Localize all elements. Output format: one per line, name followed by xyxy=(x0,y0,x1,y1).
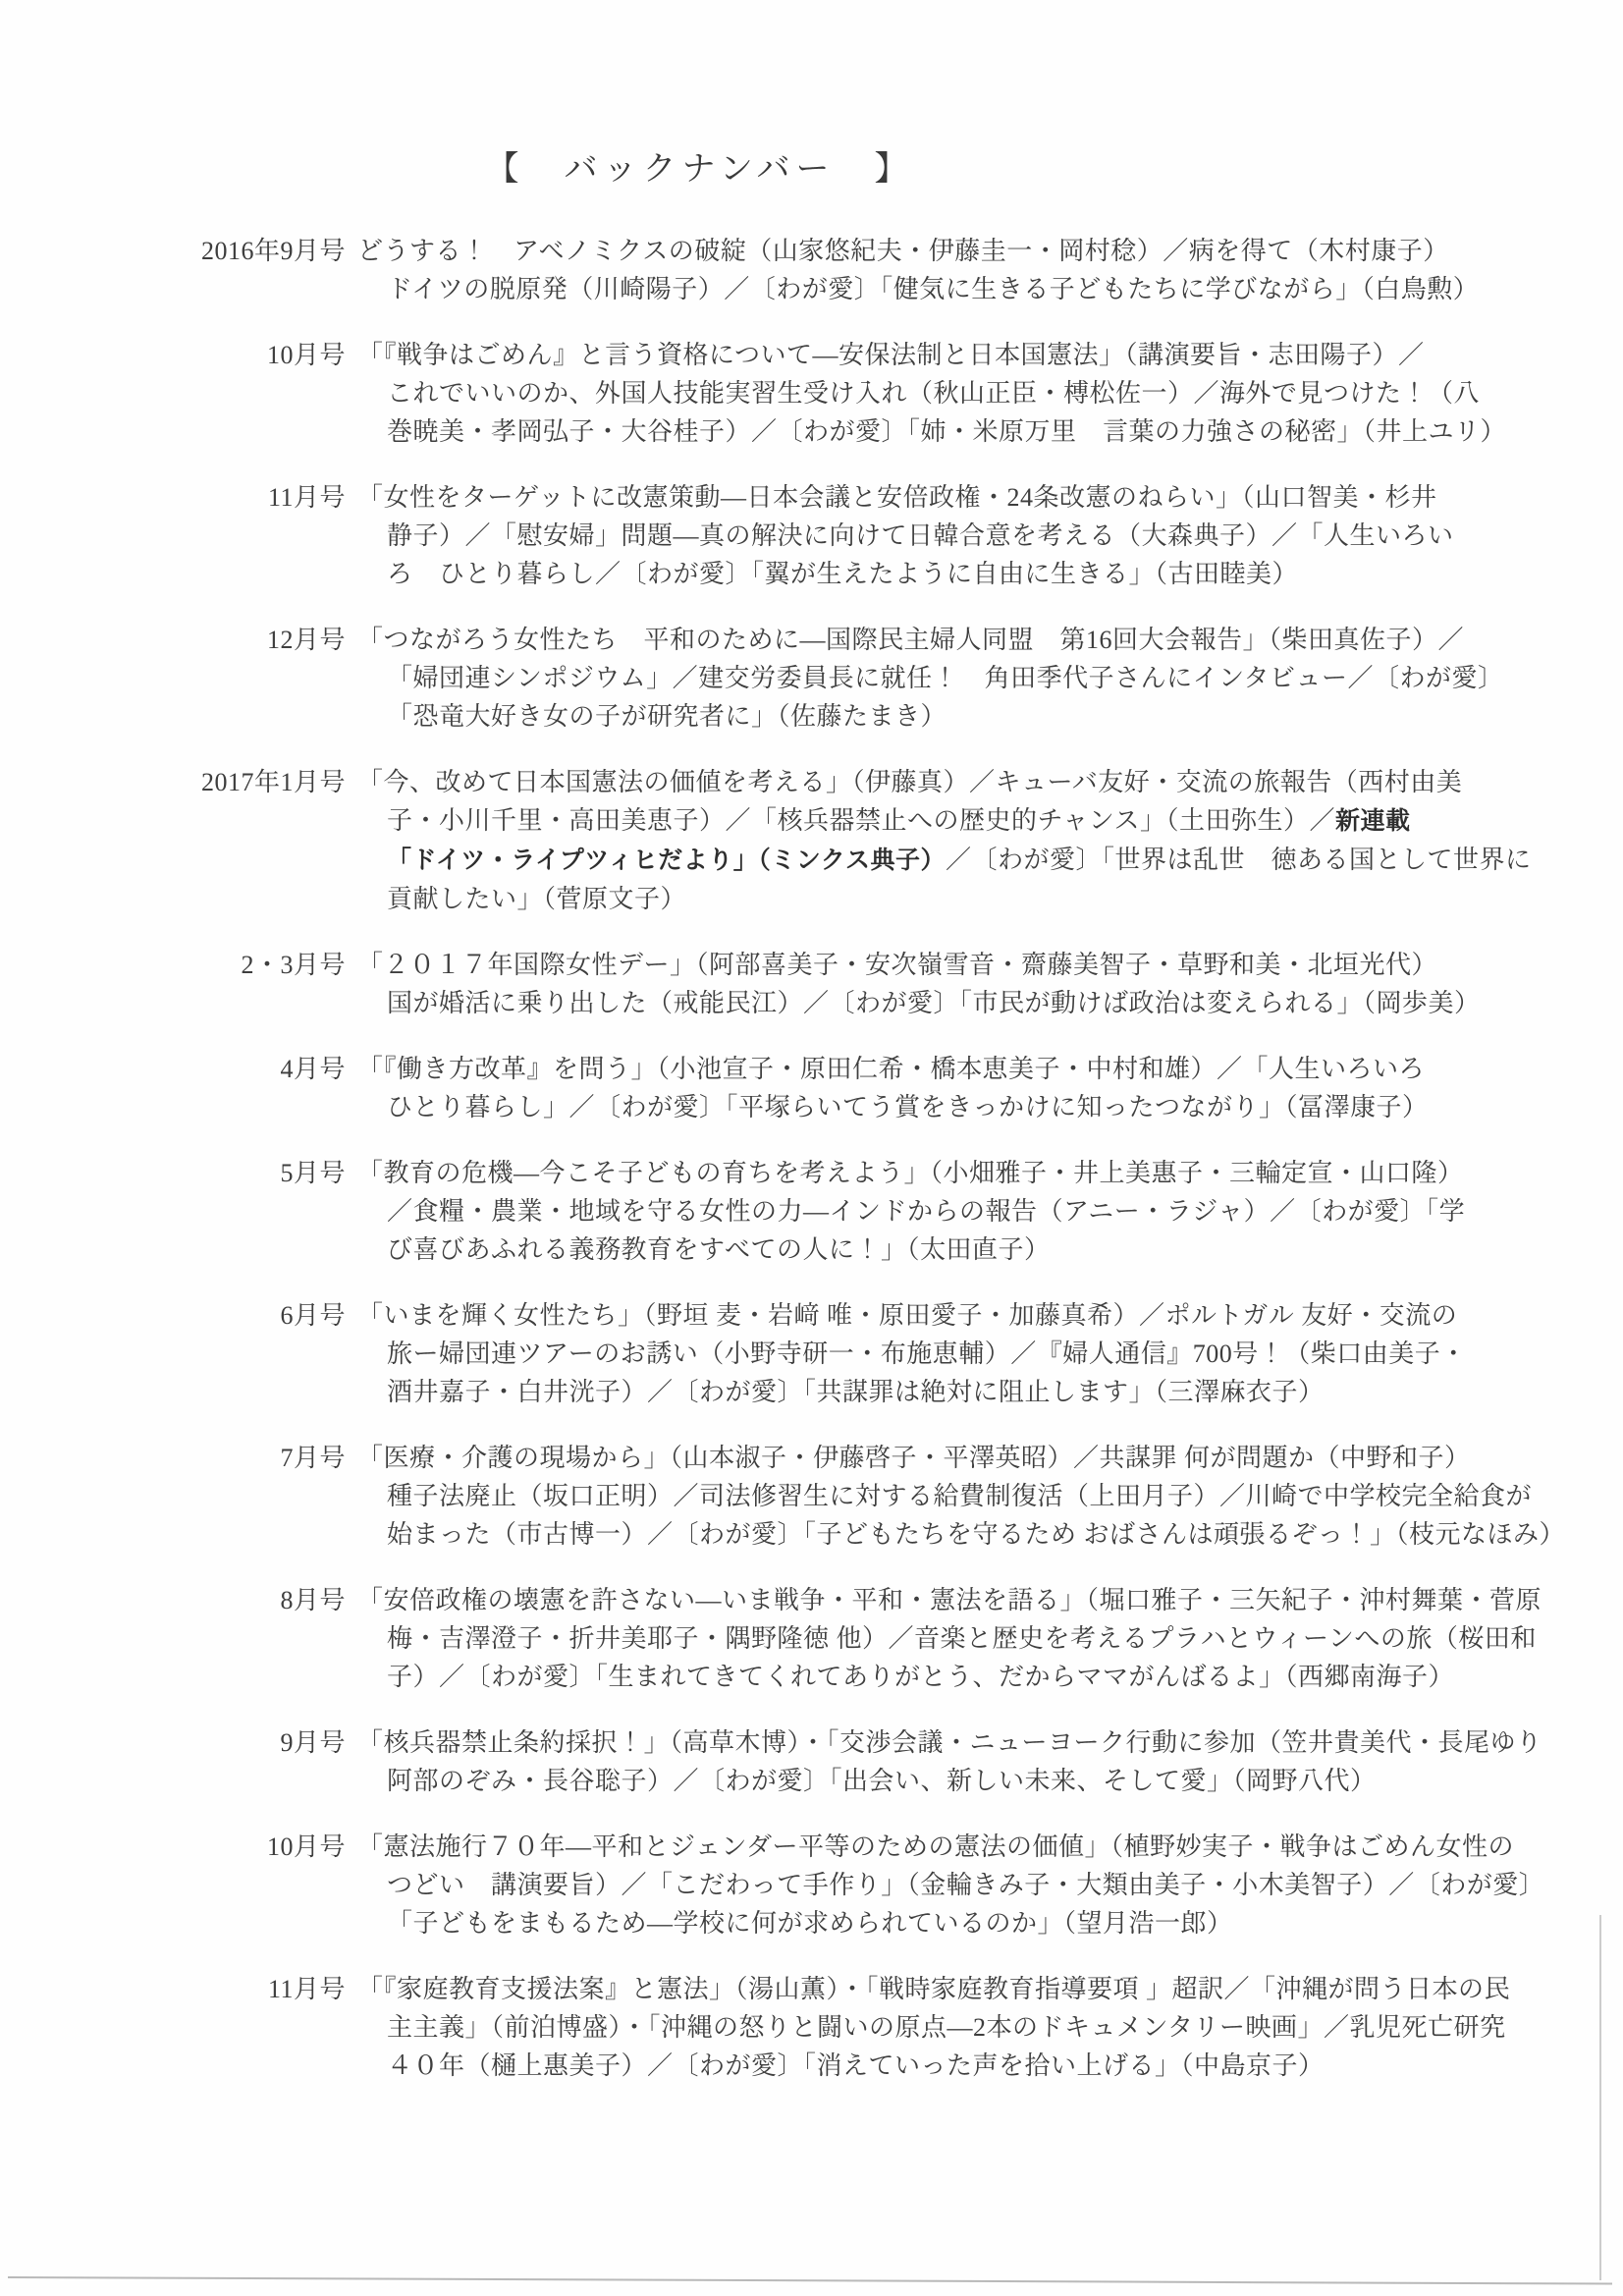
issue-line: 「『戦争はごめん』と言う資格について―安保法制と日本国憲法」（講演要旨・志田陽子… xyxy=(357,336,1506,374)
issue-line: 阿部のぞみ・長谷聡子）／〔わが愛〕「出会い、新しい未来、そして愛」（岡野八代） xyxy=(357,1762,1542,1800)
text-segment: 始まった（市古博一）／〔わが愛〕「子どもたちを守るため おばさんは頑張るぞっ！」… xyxy=(387,1520,1565,1549)
issue-body: 「つながろう女性たち 平和のために―国際民主婦人同盟 第16回大会報告」（柴田真… xyxy=(357,621,1504,736)
text-segment: 梅・吉澤澄子・折井美耶子・隅野隆徳 他）／音楽と歴史を考えるプラハとウィーンへの… xyxy=(387,1624,1537,1653)
text-segment: 「『戦争はごめん』と言う資格について―安保法制と日本国憲法」（講演要旨・志田陽子… xyxy=(357,341,1424,369)
text-segment: ／食糧・農業・地域を守る女性の力―インドからの報告（アニー・ラジャ）／〔わが愛〕… xyxy=(387,1197,1465,1226)
issue-line: 「ドイツ・ライプツィヒだより」（ミンクス典子）／〔わが愛〕「世界は乱世 徳ある国… xyxy=(357,841,1532,880)
issue-line: 子）／〔わが愛〕「生まれてきてくれてありがとう、だからママがんばるよ」（西郷南海… xyxy=(357,1658,1542,1696)
issue-line: どうする！ アベノミクスの破綻（山家悠紀夫・伊藤圭一・岡村稔）／病を得て（木村康… xyxy=(357,232,1479,270)
text-segment: 「恐竜大好き女の子が研究者に」（佐藤たまき） xyxy=(387,702,947,731)
text-segment: 子・小川千里・高田美恵子）／「核兵器禁止への歴史的チャンス」（土田弥生）／ xyxy=(387,806,1335,835)
issue-body: 「今、改めて日本国憲法の価値を考える」（伊藤真）／キューバ友好・交流の旅報告（西… xyxy=(357,763,1532,918)
issue-entry: 11月号「女性をターゲットに改憲策動―日本会議と安倍政権・24条改憲のねらい」（… xyxy=(0,478,1623,593)
text-segment: 「教育の危機―今こそ子どもの育ちを考えよう」（小畑雅子・井上美惠子・三輪定宣・山… xyxy=(357,1159,1464,1187)
bold-text-segment: 「ドイツ・ライプツィヒだより」（ミンクス典子） xyxy=(387,847,946,874)
issue-line: 「医療・介護の現場から」（山本淑子・伊藤啓子・平澤英昭）／共謀罪 何が問題か（中… xyxy=(357,1439,1565,1477)
issue-line: 「教育の危機―今こそ子どもの育ちを考えよう」（小畑雅子・井上美惠子・三輪定宣・山… xyxy=(357,1154,1465,1192)
issue-line: 「２０１７年国際女性デー」（阿部喜美子・安次嶺雪音・齋藤美智子・草野和美・北垣光… xyxy=(357,946,1481,984)
issue-label: 5月号 xyxy=(0,1154,346,1192)
text-segment: 貢献したい」（菅原文子） xyxy=(387,885,686,913)
issue-line: 巻暁美・孝岡弘子・大谷桂子）／〔わが愛〕「姉・米原万里 言葉の力強さの秘密」（井… xyxy=(357,412,1506,451)
issue-entry: 8月号「安倍政権の壊憲を許さない―いま戦争・平和・憲法を語る」（堀口雅子・三矢紀… xyxy=(0,1581,1623,1696)
issue-label: 6月号 xyxy=(0,1296,346,1335)
issue-line: 酒井嘉子・白井洸子）／〔わが愛〕「共謀罪は絶対に阻止します」（三澤麻衣子） xyxy=(357,1373,1467,1411)
issue-entry: 10月号「憲法施行７０年―平和とジェンダー平等のための憲法の価値」（植野妙実子・… xyxy=(0,1828,1623,1942)
issue-label: 7月号 xyxy=(0,1439,346,1477)
issue-entry: 5月号「教育の危機―今こそ子どもの育ちを考えよう」（小畑雅子・井上美惠子・三輪定… xyxy=(0,1154,1623,1269)
issue-line: ドイツの脱原発（川崎陽子）／〔わが愛〕「健気に生きる子どもたちに学びながら」（白… xyxy=(357,270,1479,308)
issue-label: 2017年1月号 xyxy=(0,763,346,801)
text-segment: 「『働き方改革』を問う」（小池宣子・原田仁希・橋本恵美子・中村和雄）／「人生いろ… xyxy=(357,1055,1425,1083)
text-segment: ドイツの脱原発（川崎陽子）／〔わが愛〕「健気に生きる子どもたちに学びながら」（白… xyxy=(387,275,1479,303)
issue-entry: 4月号「『働き方改革』を問う」（小池宣子・原田仁希・橋本恵美子・中村和雄）／「人… xyxy=(0,1050,1623,1126)
issue-line: 「つながろう女性たち 平和のために―国際民主婦人同盟 第16回大会報告」（柴田真… xyxy=(357,621,1504,659)
text-segment: どうする！ アベノミクスの破綻（山家悠紀夫・伊藤圭一・岡村稔）／病を得て（木村康… xyxy=(357,237,1449,265)
issue-entry: 11月号「『家庭教育支援法案』と憲法」（湯山薫）・「戦時家庭教育指導要項 」超訳… xyxy=(0,1970,1623,2085)
text-segment: 「医療・介護の現場から」（山本淑子・伊藤啓子・平澤英昭）／共謀罪 何が問題か（中… xyxy=(357,1444,1471,1472)
issue-line: 「恐竜大好き女の子が研究者に」（佐藤たまき） xyxy=(357,697,1504,736)
issue-line: ／食糧・農業・地域を守る女性の力―インドからの報告（アニー・ラジャ）／〔わが愛〕… xyxy=(357,1192,1465,1230)
text-segment: 「核兵器禁止条約採択！」（高草木博）・「交渉会議・ニューヨーク行動に参加（笠井貴… xyxy=(357,1728,1542,1757)
text-segment: 巻暁美・孝岡弘子・大谷桂子）／〔わが愛〕「姉・米原万里 言葉の力強さの秘密」（井… xyxy=(387,417,1506,446)
issue-entry: 10月号「『戦争はごめん』と言う資格について―安保法制と日本国憲法」（講演要旨・… xyxy=(0,336,1623,451)
text-segment: ろ ひとり暮らし／〔わが愛〕「翼が生えたように自由に生きる」（古田睦美） xyxy=(387,560,1298,588)
issue-entry: 2・3月号「２０１７年国際女性デー」（阿部喜美子・安次嶺雪音・齋藤美智子・草野和… xyxy=(0,946,1623,1022)
text-segment: 「『家庭教育支援法案』と憲法」（湯山薫）・「戦時家庭教育指導要項 」超訳／「沖縄… xyxy=(357,1975,1510,2003)
text-segment: 「安倍政権の壊憲を許さない―いま戦争・平和・憲法を語る」（堀口雅子・三矢紀子・沖… xyxy=(357,1586,1542,1614)
issue-body: どうする！ アベノミクスの破綻（山家悠紀夫・伊藤圭一・岡村稔）／病を得て（木村康… xyxy=(357,232,1479,308)
issue-label: 11月号 xyxy=(0,1970,346,2008)
issue-body: 「『家庭教育支援法案』と憲法」（湯山薫）・「戦時家庭教育指導要項 」超訳／「沖縄… xyxy=(357,1970,1510,2085)
issue-label: 11月号 xyxy=(0,478,346,517)
issue-label: 2016年9月号 xyxy=(0,232,346,270)
text-segment: 「２０１７年国際女性デー」（阿部喜美子・安次嶺雪音・齋藤美智子・草野和美・北垣光… xyxy=(357,951,1437,979)
issue-line: 「今、改めて日本国憲法の価値を考える」（伊藤真）／キューバ友好・交流の旅報告（西… xyxy=(357,763,1532,801)
issue-body: 「２０１７年国際女性デー」（阿部喜美子・安次嶺雪音・齋藤美智子・草野和美・北垣光… xyxy=(357,946,1481,1022)
issue-body: 「教育の危機―今こそ子どもの育ちを考えよう」（小畑雅子・井上美惠子・三輪定宣・山… xyxy=(357,1154,1465,1269)
text-segment: 阿部のぞみ・長谷聡子）／〔わが愛〕「出会い、新しい未来、そして愛」（岡野八代） xyxy=(387,1767,1377,1795)
issue-line: 旅ー婦団連ツアーのお誘い（小野寺研一・布施恵輔）／『婦人通信』700号！（柴口由… xyxy=(357,1335,1467,1373)
issue-line: 「核兵器禁止条約採択！」（高草木博）・「交渉会議・ニューヨーク行動に参加（笠井貴… xyxy=(357,1723,1542,1762)
issue-line: 静子）／「慰安婦」問題―真の解決に向けて日韓合意を考える（大森典子）／「人生いろ… xyxy=(357,517,1454,555)
bold-text-segment: 新連載 xyxy=(1335,807,1411,835)
issue-line: 始まった（市古博一）／〔わが愛〕「子どもたちを守るため おばさんは頑張るぞっ！」… xyxy=(357,1515,1565,1554)
issue-line: つどい 講演要旨）／「こだわって手作り」（金輪きみ子・大類由美子・小木美智子）／… xyxy=(357,1866,1544,1904)
text-segment: 静子）／「慰安婦」問題―真の解決に向けて日韓合意を考える（大森典子）／「人生いろ… xyxy=(387,521,1454,550)
issue-line: 国が婚活に乗り出した（戒能民江）／〔わが愛〕「市民が動けば政治は変えられる」（岡… xyxy=(357,984,1481,1022)
issue-label: 4月号 xyxy=(0,1050,346,1088)
issue-entry: 7月号「医療・介護の現場から」（山本淑子・伊藤啓子・平澤英昭）／共謀罪 何が問題… xyxy=(0,1439,1623,1554)
text-segment: ／〔わが愛〕「世界は乱世 徳ある国として世界に xyxy=(946,846,1532,874)
text-segment: び喜びあふれる義務教育をすべての人に！」（太田直子） xyxy=(387,1235,1050,1264)
text-segment: 子）／〔わが愛〕「生まれてきてくれてありがとう、だからママがんばるよ」（西郷南海… xyxy=(387,1663,1454,1691)
issue-line: 「『働き方改革』を問う」（小池宣子・原田仁希・橋本恵美子・中村和雄）／「人生いろ… xyxy=(357,1050,1429,1088)
text-segment: ４０年（樋上惠美子）／〔わが愛〕「消えていった声を拾い上げる」（中島京子） xyxy=(387,2051,1325,2080)
issue-line: び喜びあふれる義務教育をすべての人に！」（太田直子） xyxy=(357,1230,1465,1269)
scanned-page: 【 バックナンバー 】 2016年9月号どうする！ アベノミクスの破綻（山家悠紀… xyxy=(0,0,1623,2296)
text-segment: 国が婚活に乗り出した（戒能民江）／〔わが愛〕「市民が動けば政治は変えられる」（岡… xyxy=(387,989,1481,1017)
page-title: 【 バックナンバー 】 xyxy=(0,147,1511,192)
text-segment: 「婦団連シンポジウム」／建交労委員長に就任！ 角田季代子さんにインタビュー／〔わ… xyxy=(387,664,1504,692)
text-segment: 旅ー婦団連ツアーのお誘い（小野寺研一・布施恵輔）／『婦人通信』700号！（柴口由… xyxy=(387,1339,1467,1368)
text-segment: 「いまを輝く女性たち」（野垣 麦・岩﨑 唯・原田愛子・加藤真希）／ポルトガル 友… xyxy=(357,1301,1457,1330)
issue-line: 貢献したい」（菅原文子） xyxy=(357,880,1532,918)
issue-body: 「『戦争はごめん』と言う資格について―安保法制と日本国憲法」（講演要旨・志田陽子… xyxy=(357,336,1506,451)
issue-label: 9月号 xyxy=(0,1723,346,1762)
page-edge-line-right xyxy=(1599,1915,1601,2280)
issue-body: 「憲法施行７０年―平和とジェンダー平等のための憲法の価値」（植野妙実子・戦争はご… xyxy=(357,1828,1544,1942)
issue-label: 10月号 xyxy=(0,336,346,374)
issue-body: 「『働き方改革』を問う」（小池宣子・原田仁希・橋本恵美子・中村和雄）／「人生いろ… xyxy=(357,1050,1429,1126)
issue-line: 「憲法施行７０年―平和とジェンダー平等のための憲法の価値」（植野妙実子・戦争はご… xyxy=(357,1828,1544,1866)
issue-body: 「安倍政権の壊憲を許さない―いま戦争・平和・憲法を語る」（堀口雅子・三矢紀子・沖… xyxy=(357,1581,1542,1696)
issue-line: 「子どもをまもるため―学校に何が求められているのか」（望月浩一郎） xyxy=(357,1904,1544,1942)
issue-line: 「『家庭教育支援法案』と憲法」（湯山薫）・「戦時家庭教育指導要項 」超訳／「沖縄… xyxy=(357,1970,1510,2008)
issue-line: 子・小川千里・高田美恵子）／「核兵器禁止への歴史的チャンス」（土田弥生）／新連載 xyxy=(357,801,1532,841)
text-segment: 「憲法施行７０年―平和とジェンダー平等のための憲法の価値」（植野妙実子・戦争はご… xyxy=(357,1832,1514,1861)
issue-line: 主主義」（前泊博盛）・「沖縄の怒りと闘いの原点―2本のドキュメンタリー映画」／乳… xyxy=(357,2008,1510,2047)
issue-body: 「核兵器禁止条約採択！」（高草木博）・「交渉会議・ニューヨーク行動に参加（笠井貴… xyxy=(357,1723,1542,1800)
issue-line: これでいいのか、外国人技能実習生受け入れ（秋山正臣・榑松佐一）／海外で見つけた！… xyxy=(357,374,1506,412)
text-segment: 「今、改めて日本国憲法の価値を考える」（伊藤真）／キューバ友好・交流の旅報告（西… xyxy=(357,768,1462,796)
text-segment: 「つながろう女性たち 平和のために―国際民主婦人同盟 第16回大会報告」（柴田真… xyxy=(357,626,1464,654)
issue-line: 「女性をターゲットに改憲策動―日本会議と安倍政権・24条改憲のねらい」（山口智美… xyxy=(357,478,1454,517)
text-segment: 主主義」（前泊博盛）・「沖縄の怒りと闘いの原点―2本のドキュメンタリー映画」／乳… xyxy=(387,2013,1505,2042)
text-segment: 「子どもをまもるため―学校に何が求められているのか」（望月浩一郎） xyxy=(387,1909,1233,1938)
text-segment: 種子法廃止（坂口正明）／司法修習生に対する給費制復活（上田月子）／川崎で中学校完… xyxy=(387,1482,1532,1510)
issue-line: 「安倍政権の壊憲を許さない―いま戦争・平和・憲法を語る」（堀口雅子・三矢紀子・沖… xyxy=(357,1581,1542,1619)
issue-label: 2・3月号 xyxy=(0,946,346,984)
issue-entry: 9月号「核兵器禁止条約採択！」（高草木博）・「交渉会議・ニューヨーク行動に参加（… xyxy=(0,1723,1623,1800)
issue-body: 「医療・介護の現場から」（山本淑子・伊藤啓子・平澤英昭）／共謀罪 何が問題か（中… xyxy=(357,1439,1565,1554)
issue-label: 12月号 xyxy=(0,621,346,659)
issue-label: 10月号 xyxy=(0,1828,346,1866)
issue-label: 8月号 xyxy=(0,1581,346,1619)
page-edge-line-bottom xyxy=(8,2276,1612,2285)
text-segment: これでいいのか、外国人技能実習生受け入れ（秋山正臣・榑松佐一）／海外で見つけた！… xyxy=(387,379,1480,408)
back-number-list: 2016年9月号どうする！ アベノミクスの破綻（山家悠紀夫・伊藤圭一・岡村稔）／… xyxy=(0,232,1623,2085)
issue-line: ろ ひとり暮らし／〔わが愛〕「翼が生えたように自由に生きる」（古田睦美） xyxy=(357,555,1454,593)
issue-entry: 2016年9月号どうする！ アベノミクスの破綻（山家悠紀夫・伊藤圭一・岡村稔）／… xyxy=(0,232,1623,308)
text-segment: ひとり暮らし」／〔わが愛〕「平塚らいてう賞をきっかけに知ったつながり」（冨澤康子… xyxy=(387,1093,1429,1121)
text-segment: 酒井嘉子・白井洸子）／〔わが愛〕「共謀罪は絶対に阻止します」（三澤麻衣子） xyxy=(387,1378,1325,1406)
issue-entry: 12月号「つながろう女性たち 平和のために―国際民主婦人同盟 第16回大会報告」… xyxy=(0,621,1623,736)
issue-body: 「いまを輝く女性たち」（野垣 麦・岩﨑 唯・原田愛子・加藤真希）／ポルトガル 友… xyxy=(357,1296,1467,1411)
issue-line: 「いまを輝く女性たち」（野垣 麦・岩﨑 唯・原田愛子・加藤真希）／ポルトガル 友… xyxy=(357,1296,1467,1335)
issue-line: ４０年（樋上惠美子）／〔わが愛〕「消えていった声を拾い上げる」（中島京子） xyxy=(357,2047,1510,2085)
issue-entry: 2017年1月号「今、改めて日本国憲法の価値を考える」（伊藤真）／キューバ友好・… xyxy=(0,763,1623,918)
issue-entry: 6月号「いまを輝く女性たち」（野垣 麦・岩﨑 唯・原田愛子・加藤真希）／ポルトガ… xyxy=(0,1296,1623,1411)
issue-line: 「婦団連シンポジウム」／建交労委員長に就任！ 角田季代子さんにインタビュー／〔わ… xyxy=(357,659,1504,697)
text-segment: 「女性をターゲットに改憲策動―日本会議と安倍政権・24条改憲のねらい」（山口智美… xyxy=(357,483,1436,512)
issue-line: ひとり暮らし」／〔わが愛〕「平塚らいてう賞をきっかけに知ったつながり」（冨澤康子… xyxy=(357,1088,1429,1126)
issue-line: 梅・吉澤澄子・折井美耶子・隅野隆徳 他）／音楽と歴史を考えるプラハとウィーンへの… xyxy=(357,1619,1542,1658)
text-segment: つどい 講演要旨）／「こだわって手作り」（金輪きみ子・大類由美子・小木美智子）／… xyxy=(387,1871,1544,1899)
issue-line: 種子法廃止（坂口正明）／司法修習生に対する給費制復活（上田月子）／川崎で中学校完… xyxy=(357,1477,1565,1515)
issue-body: 「女性をターゲットに改憲策動―日本会議と安倍政権・24条改憲のねらい」（山口智美… xyxy=(357,478,1454,593)
